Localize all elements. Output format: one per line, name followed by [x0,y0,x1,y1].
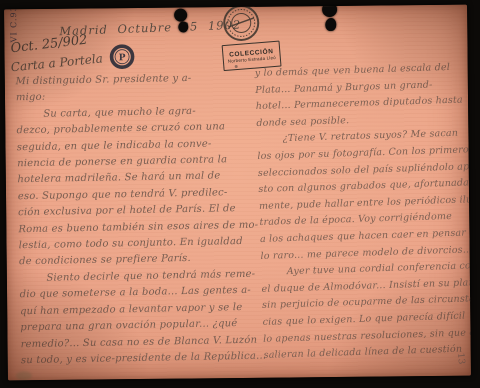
archive-spine-code: VI C.93 [9,5,18,42]
letter-body-left-page: Mi distinguido Sr. presidente y a-migo: … [15,70,241,369]
punch-hole [325,18,336,31]
svg-text:P: P [119,53,126,63]
ink-speck [235,65,238,68]
scanned-letter-page: { "scan": { "background_color": "#0c0a08… [0,0,480,388]
handwritten-line: su todo, y es vice-presidente de la Repú… [21,349,241,370]
round-rubber-stamp-icon [222,5,260,43]
letter-paper-sheet: VI C.93 Madrid Octubre 25 1902 Oct. 25/9… [4,5,471,381]
punch-hole [174,9,187,22]
letter-body-right-page: y lo demás que ven buena la escala delPl… [255,59,471,364]
punch-hole [322,5,337,18]
folio-page-number: 13 [455,352,466,364]
margin-date-note: Oct. 25/902 [10,33,88,57]
monogram-seal-icon: P [109,44,134,69]
paper-smudge [16,371,32,380]
punch-hole [178,22,188,33]
